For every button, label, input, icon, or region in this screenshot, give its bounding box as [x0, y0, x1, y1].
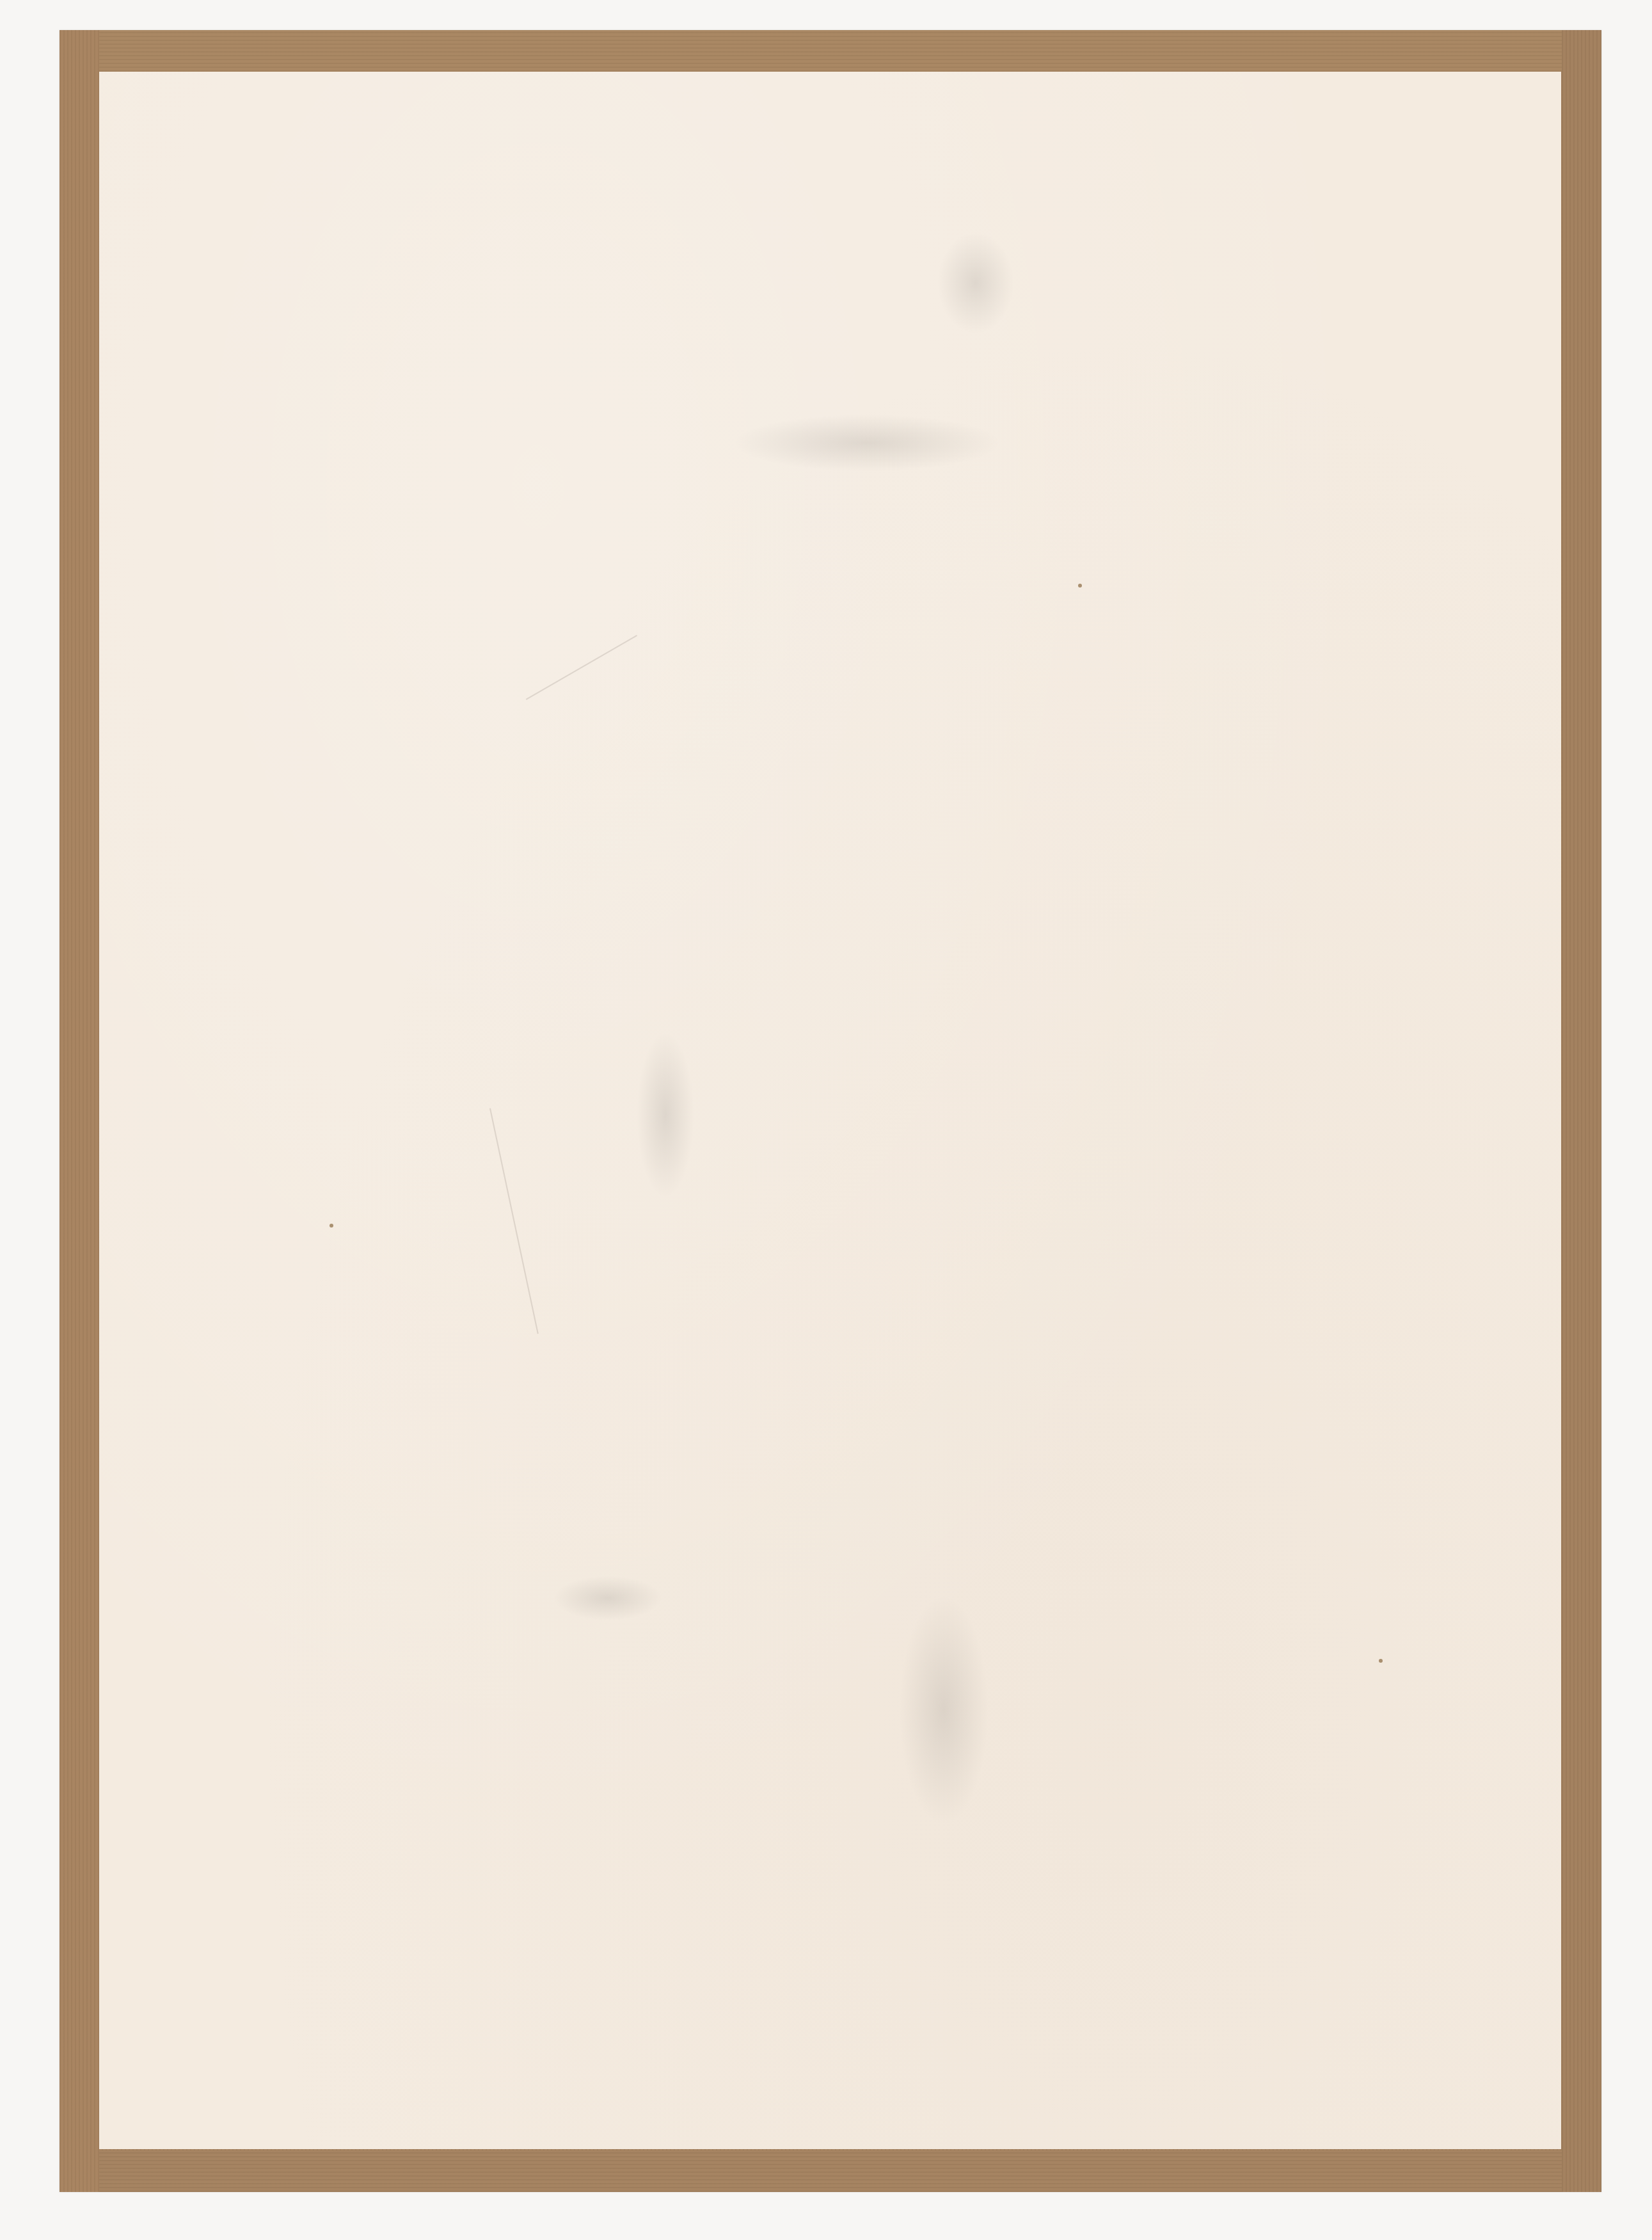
erased-pencil-smudge — [553, 1576, 662, 1620]
erased-pencil-smudge — [937, 232, 1014, 334]
erased-pencil-smudge — [733, 414, 1001, 472]
paper-scratch — [489, 1108, 539, 1334]
paper-speck — [1379, 1659, 1383, 1663]
tape-strip-left — [60, 30, 99, 2192]
blank-paper-sheet — [99, 72, 1561, 2149]
paper-speck — [1078, 584, 1082, 588]
paper-speck — [330, 1224, 333, 1228]
paper-scratch — [526, 635, 637, 700]
tape-strip-top — [60, 30, 1601, 72]
erased-pencil-smudge — [899, 1595, 989, 1825]
tape-strip-right — [1562, 30, 1601, 2192]
tape-strip-bottom — [60, 2150, 1601, 2192]
erased-pencil-smudge — [637, 1032, 694, 1198]
